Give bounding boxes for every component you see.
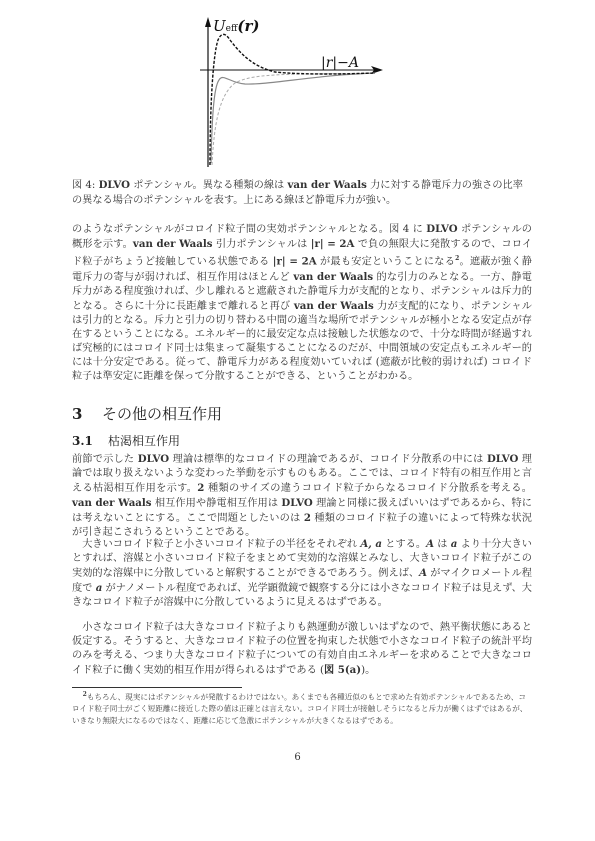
curve-strong	[210, 34, 375, 165]
y-axis-arrow-icon	[205, 17, 211, 27]
subsection-heading: 3.1枯渇相互作用	[72, 432, 180, 449]
curve-weak	[212, 73, 375, 165]
equation: |r| = 2A	[273, 256, 317, 268]
body-paragraph-particle-sizes: 大きいコロイド粒子と小さいコロイド粒子の半径をそれぞれ A, a とする。A は…	[72, 537, 532, 610]
subsection-number: 3.1	[72, 434, 108, 448]
footnote: 2もちろん、現実にはポテンシャルが発散するわけではない。あくまでも各種近似のもと…	[72, 689, 530, 726]
section-heading: 3その他の相互作用	[72, 403, 222, 424]
subsection-title: 枯渇相互作用	[108, 434, 180, 448]
x-axis-label: |r|−A	[321, 55, 359, 71]
curve-medium	[211, 73, 375, 163]
figure-ref[interactable]: 図 5(a)	[324, 664, 361, 676]
caption-label: 図 4:	[72, 180, 95, 191]
footnote-divider	[72, 687, 242, 688]
body-paragraph-thermal-equilibrium: 小さなコロイド粒子は大きなコロイド粒子よりも熱運動が激しいはずなので、熱平衡状態…	[72, 621, 532, 678]
section-title: その他の相互作用	[102, 405, 222, 423]
body-paragraph-depletion-intro: 前節で示した DLVO 理論は標準的なコロイドの理論であるが、コロイド分散系の中…	[72, 452, 532, 541]
y-axis-label: Ueff(r)	[213, 17, 260, 35]
potential-plot	[195, 15, 385, 170]
figure-dlvo-potential: Ueff(r) |r|−A	[195, 15, 385, 170]
body-paragraph-dlvo: のようなポテンシャルがコロイド粒子間の実効ポテンシャルとなる。図 4 に DLV…	[72, 222, 532, 384]
figure-caption: 図 4: DLVO ポテンシャル。異なる種類の線は van der Waals …	[72, 178, 530, 208]
page-number: 6	[0, 752, 595, 763]
equation: |r| = 2A	[311, 238, 355, 250]
section-number: 3	[72, 405, 102, 423]
